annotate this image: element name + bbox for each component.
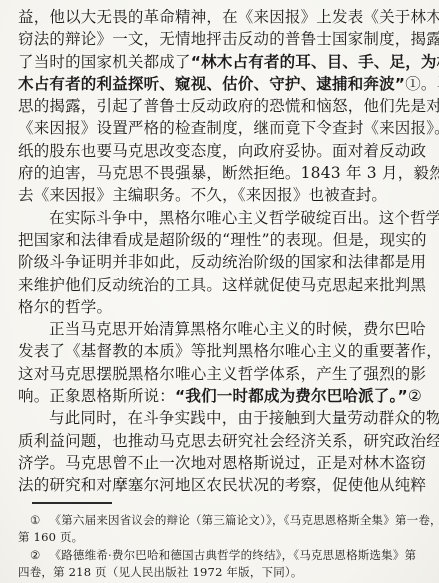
text-segment: 去《来因报》主编职务。不久，《来因报》也被查封。 [18, 186, 387, 204]
text-line: 了当时的国家机关都成了“林木占有者的耳、目、手、足，为林 [18, 51, 393, 73]
footnote-text: 《路德维希·费尔巴哈和德国古典哲学的终结》，《马克思恩格斯选集》第 [50, 548, 417, 562]
book-page: 益，他以大无畏的革命精神，在《来因报》上发表《关于林木盗窃法的辩论》一文，无情地… [0, 0, 439, 583]
text-segment: 正当马克思开始清算黑格尔唯心主义的时候，费尔巴哈 [49, 320, 426, 338]
footnote-divider [32, 502, 112, 504]
text-segment: 济学。马克思曾不止一次地对恩格斯说过，正是对林木盗窃 [18, 454, 426, 472]
text-segment: 格尔的哲学。 [18, 298, 112, 316]
text-segment: 阶级斗争证明并非如此，反动统治阶级的国家和法律都是用 [18, 253, 426, 271]
text-line: 府的迫害，马克思不畏强暴，断然拒绝。1843 年 3 月，毅然辞 [18, 162, 393, 184]
footnote-marker: ① [30, 513, 41, 527]
footnote-marker: ② [30, 548, 41, 562]
text-segment: 响。正象恩格斯所说： [18, 387, 175, 405]
text-line: 发表了《基督教的本质》等批判黑格尔唯心主义的重要著作， [18, 340, 393, 362]
text-segment: 把国家和法律看成是超阶级的“理性”的表现。但是，现实的 [18, 231, 427, 249]
text-line: 济学。马克思曾不止一次地对恩格斯说过，正是对林木盗窃 [18, 452, 393, 474]
text-line: 格尔的哲学。 [18, 296, 393, 318]
bold-quote-text: 木占有者的利益探听、窥视、估价、守护、逮捕和奔波” [18, 75, 405, 93]
text-line: 《来因报》设置严格的检查制度，继而竟下令查封《来因报》。报 [18, 117, 393, 139]
footnote-text: 第 160 页。 [18, 530, 83, 544]
footnote-line: 第 160 页。 [18, 529, 400, 547]
text-line: 把国家和法律看成是超阶级的“理性”的表现。但是，现实的 [18, 229, 393, 251]
text-line: 这对马克思摆脱黑格尔唯心主义哲学体系，产生了强烈的影 [18, 363, 393, 385]
footnote-line: ②《路德维希·费尔巴哈和德国古典哲学的终结》，《马克思恩格斯选集》第 [18, 547, 400, 565]
bold-quote-text: “我们一时都成为费尔巴哈派了。” [175, 387, 408, 405]
footnote-line: ①《第六届来因省议会的辩论（第三篇论文）》，《马克思恩格斯全集》第一卷， [18, 512, 400, 530]
text-line: 质利益问题，也推动马克思去研究社会经济关系，研究政治经 [18, 430, 393, 452]
text-segment: 思的揭露，引起了普鲁士反动政府的恐慌和恼怒，他们先是对 [18, 97, 439, 115]
bold-quote-text: “林木占有者的耳、目、手、足，为林 [191, 53, 439, 71]
body-text-block: 益，他以大无畏的革命精神，在《来因报》上发表《关于林木盗窃法的辩论》一文，无情地… [18, 6, 393, 497]
text-line: 在实际斗争中，黑格尔唯心主义哲学破绽百出。这个哲学 [18, 207, 393, 229]
text-line: 法的研究和对摩塞尔河地区农民状况的考察，促使他从纯粹 [18, 474, 393, 496]
text-line: 窃法的辩论》一文，无情地抨击反动的普鲁士国家制度，揭露 [18, 28, 393, 50]
text-line: 来维护他们反动统治的工具。这样就促使马克思起来批判黑 [18, 274, 393, 296]
text-segment: 与此同时，在斗争实践中，由于接触到大量劳动群众的物 [49, 409, 439, 427]
text-segment: 质利益问题，也推动马克思去研究社会经济关系，研究政治经 [18, 432, 439, 450]
text-segment: ② [408, 387, 422, 405]
footnote-text: 四卷，第 218 页（见人民出版社 1972 年版，下同）。 [18, 565, 303, 579]
text-segment: 发表了《基督教的本质》等批判黑格尔唯心主义的重要著作， [18, 342, 439, 360]
text-line: 益，他以大无畏的革命精神，在《来因报》上发表《关于林木盗 [18, 6, 393, 28]
text-segment: ①。马克 [405, 75, 439, 93]
text-segment: 《来因报》设置严格的检查制度，继而竟下令查封《来因报》。报 [18, 119, 439, 137]
footnote-line: 四卷，第 218 页（见人民出版社 1972 年版，下同）。 [18, 564, 400, 582]
footnotes-block: ①《第六届来因省议会的辩论（第三篇论文）》，《马克思恩格斯全集》第一卷，第 16… [18, 512, 400, 582]
text-segment: 这对马克思摆脱黑格尔唯心主义哲学体系，产生了强烈的影 [18, 365, 426, 383]
text-line: 思的揭露，引起了普鲁士反动政府的恐慌和恼怒，他们先是对 [18, 95, 393, 117]
text-line: 木占有者的利益探听、窥视、估价、守护、逮捕和奔波”①。马克 [18, 73, 393, 95]
text-segment: 纸的股东也要马克思改变态度，向政府妥协。面对着反动政 [18, 142, 426, 160]
text-segment: 法的研究和对摩塞尔河地区农民状况的考察，促使他从纯粹 [18, 476, 426, 494]
text-line: 阶级斗争证明并非如此，反动统治阶级的国家和法律都是用 [18, 251, 393, 273]
text-segment: 在实际斗争中，黑格尔唯心主义哲学破绽百出。这个哲学 [49, 209, 439, 227]
text-segment: 了当时的国家机关都成了 [18, 53, 191, 71]
text-segment: 府的迫害，马克思不畏强暴，断然拒绝。1843 年 3 月，毅然辞 [18, 164, 439, 182]
text-segment: 窃法的辩论》一文，无情地抨击反动的普鲁士国家制度，揭露 [18, 30, 439, 48]
text-line: 纸的股东也要马克思改变态度，向政府妥协。面对着反动政 [18, 140, 393, 162]
text-line: 响。正象恩格斯所说：“我们一时都成为费尔巴哈派了。”② [18, 385, 393, 407]
text-line: 正当马克思开始清算黑格尔唯心主义的时候，费尔巴哈 [18, 318, 393, 340]
text-segment: 益，他以大无畏的革命精神，在《来因报》上发表《关于林木盗 [18, 8, 439, 26]
text-segment: 来维护他们反动统治的工具。这样就促使马克思起来批判黑 [18, 276, 426, 294]
footnote-text: 《第六届来因省议会的辩论（第三篇论文）》，《马克思恩格斯全集》第一卷， [50, 513, 439, 527]
text-line: 去《来因报》主编职务。不久，《来因报》也被查封。 [18, 184, 393, 206]
text-line: 与此同时，在斗争实践中，由于接触到大量劳动群众的物 [18, 407, 393, 429]
